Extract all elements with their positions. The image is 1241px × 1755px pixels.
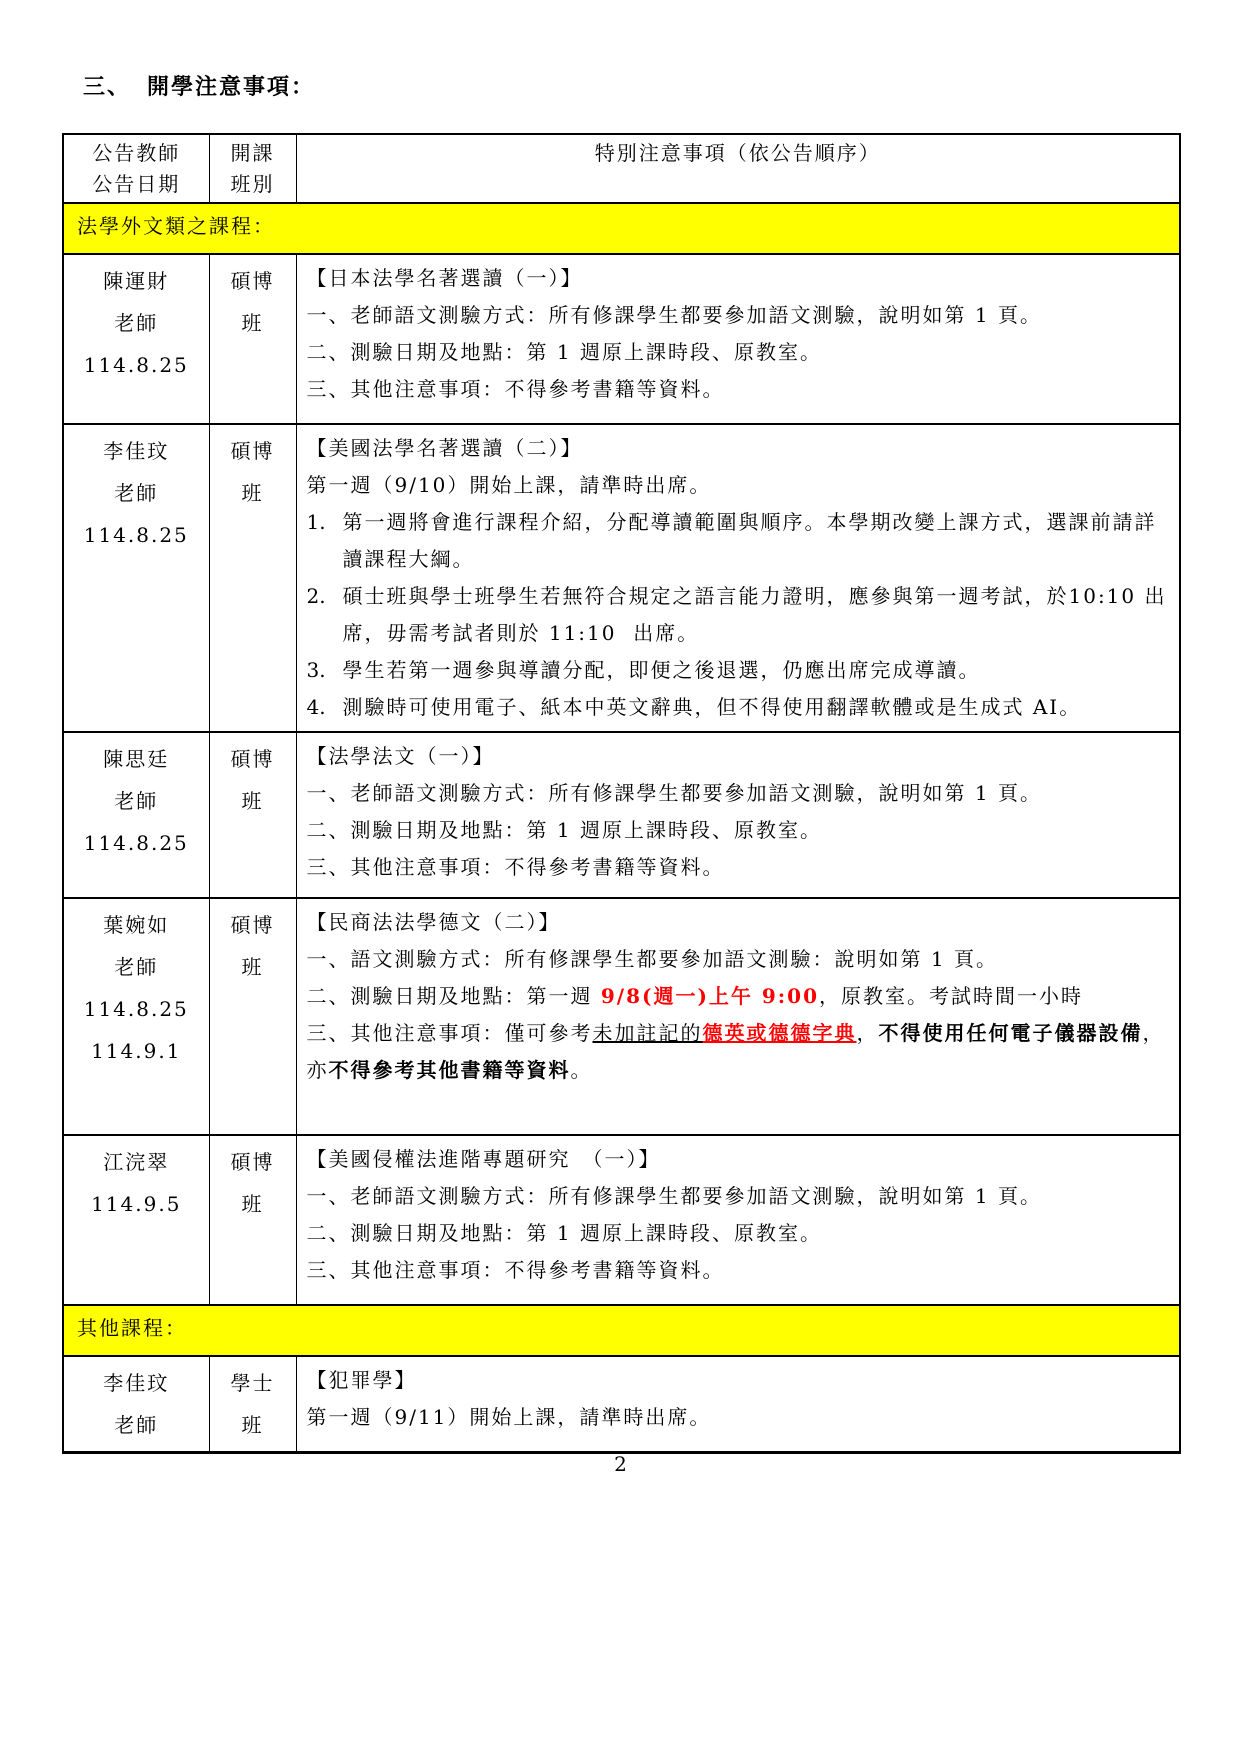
note-line-text: 學生若第一週參與導讀分配，即便之後退選，仍應出席完成導讀。 [343,652,1170,689]
teacher-cell: 李佳玟老師114.8.25 [63,424,209,732]
teacher-line: 114.8.25 [65,514,208,556]
notes-cell: 【美國法學名著選讀（二）】第一週（9/10）開始上課，請準時出席。1.第一週將會… [296,424,1180,732]
section-band: 法學外文類之課程： [63,203,1180,254]
note-line: 三、其他注意事項：不得參考書籍等資料。 [307,849,1170,886]
note-line: 一、老師語文測驗方式：所有修課學生都要參加語文測驗，說明如第 1 頁。 [307,1178,1170,1215]
note-text: 一、老師語文測驗方式：所有修課學生都要參加語文測驗，說明如第 1 頁。 [307,1184,1042,1208]
table-row: 江浣翠114.9.5碩博班【美國侵權法進階專題研究 （一）】一、老師語文測驗方式… [63,1135,1180,1305]
class-cell: 碩博班 [209,732,296,898]
class-line: 班 [211,780,295,822]
note-text: 二、測驗日期及地點：第一週 [307,984,601,1008]
note-text: 測驗時可使用電子、紙本中英文辭典，但不得使用翻譯軟體或是生成式 AI。 [343,695,1082,719]
class-line: 班 [211,302,295,344]
page-title: 三、開學注意事項： [83,70,315,101]
section-band-label: 法學外文類之課程： [77,214,275,238]
section-band: 其他課程： [63,1305,1180,1356]
section-band-label: 其他課程： [77,1316,187,1340]
header-class-line1: 開課 [211,138,295,169]
note-text: 二、測驗日期及地點：第 1 週原上課時段、原教室。 [307,1221,822,1245]
table-row: 葉婉如老師114.8.25114.9.1碩博班【民商法法學德文（二）】一、語文測… [63,898,1180,1135]
teacher-line: 114.8.25 [65,988,208,1030]
note-line: 3.學生若第一週參與導讀分配，即便之後退選，仍應出席完成導讀。 [307,652,1170,689]
note-text: 三、其他注意事項：僅可參考 [307,1021,593,1045]
header-teacher-line1: 公告教師 [65,138,208,169]
section-band-row: 法學外文類之課程： [63,203,1180,254]
notes-cell: 【日本法學名著選讀（一）】一、老師語文測驗方式：所有修課學生都要參加語文測驗，說… [296,254,1180,424]
teacher-line: 老師 [65,472,208,514]
teacher-line: 老師 [65,1404,208,1446]
class-line: 碩博 [211,430,295,472]
note-line: 三、其他注意事項：僅可參考未加註記的德英或德德字典，不得使用任何電子儀器設備，亦… [307,1015,1170,1089]
header-notes-col: 特別注意事項（依公告順序） [296,134,1180,203]
list-marker: 4. [307,689,343,726]
note-text: 三、其他注意事項：不得參考書籍等資料。 [307,1258,725,1282]
note-line: 【民商法法學德文（二）】 [307,904,1170,941]
note-line: 一、語文測驗方式：所有修課學生都要參加語文測驗：說明如第 1 頁。 [307,941,1170,978]
class-cell: 碩博班 [209,898,296,1135]
class-line: 班 [211,1183,295,1225]
table-body: 法學外文類之課程：陳運財老師114.8.25碩博班【日本法學名著選讀（一）】一、… [63,203,1180,1452]
note-line: 三、其他注意事項：不得參考書籍等資料。 [307,1252,1170,1289]
class-line: 碩博 [211,738,295,780]
note-text: 第一週（9/11）開始上課，請準時出席。 [307,1405,712,1429]
class-cell: 碩博班 [209,254,296,424]
header-class-line2: 班別 [211,169,295,200]
note-line: 【犯罪學】 [307,1362,1170,1399]
note-text: 第一週將會進行課程介紹，分配導讀範圍與順序。本學期改變上課方式，選課前請詳讀課程… [343,510,1157,571]
note-text: ，原教室。考試時間一小時 [819,984,1083,1008]
note-text: 三、其他注意事項：不得參考書籍等資料。 [307,855,725,879]
teacher-line: 陳思廷 [65,738,208,780]
title-text: 開學注意事項： [147,74,315,100]
note-text: 一、語文測驗方式：所有修課學生都要參加語文測驗：說明如第 1 頁。 [307,947,998,971]
note-text: 三、其他注意事項：不得參考書籍等資料。 [307,377,725,401]
class-line: 班 [211,946,295,988]
note-line: 1.第一週將會進行課程介紹，分配導讀範圍與順序。本學期改變上課方式，選課前請詳讀… [307,504,1170,578]
teacher-line: 李佳玟 [65,430,208,472]
note-text: 學生若第一週參與導讀分配，即便之後退選，仍應出席完成導讀。 [343,658,981,682]
note-line-text: 測驗時可使用電子、紙本中英文辭典，但不得使用翻譯軟體或是生成式 AI。 [343,689,1170,726]
note-line: 【法學法文（一）】 [307,738,1170,775]
teacher-line: 114.8.25 [65,344,208,386]
class-cell: 學士班 [209,1356,296,1452]
note-line-text: 碩士班與學士班學生若無符合規定之語言能力證明，應參與第一週考試，於10:10 出… [343,578,1170,652]
table-row: 陳思廷老師114.8.25碩博班【法學法文（一）】一、老師語文測驗方式：所有修課… [63,732,1180,898]
teacher-line: 老師 [65,302,208,344]
teacher-cell: 葉婉如老師114.8.25114.9.1 [63,898,209,1135]
teacher-cell: 陳運財老師114.8.25 [63,254,209,424]
note-text: 一、老師語文測驗方式：所有修課學生都要參加語文測驗，說明如第 1 頁。 [307,303,1042,327]
list-marker: 3. [307,652,343,689]
notes-cell: 【美國侵權法進階專題研究 （一）】一、老師語文測驗方式：所有修課學生都要參加語文… [296,1135,1180,1305]
class-line: 班 [211,472,295,514]
teacher-cell: 陳思廷老師114.8.25 [63,732,209,898]
notices-table: 公告教師 公告日期 開課 班別 特別注意事項（依公告順序） 法學外文類之課程：陳… [62,133,1181,1454]
note-line: 第一週（9/10）開始上課，請準時出席。 [307,467,1170,504]
note-text: 碩士班與學士班學生若無符合規定之語言能力證明，應參與第一週考試，於10:10 出… [343,584,1167,645]
class-cell: 碩博班 [209,1135,296,1305]
header-class-col: 開課 班別 [209,134,296,203]
note-line: 【日本法學名著選讀（一）】 [307,260,1170,297]
note-line: 一、老師語文測驗方式：所有修課學生都要參加語文測驗，說明如第 1 頁。 [307,775,1170,812]
teacher-line: 114.8.25 [65,822,208,864]
class-line: 班 [211,1404,295,1446]
class-line: 碩博 [211,1141,295,1183]
note-text: 【美國法學名著選讀（二）】 [307,436,583,460]
table-header-row: 公告教師 公告日期 開課 班別 特別注意事項（依公告順序） [63,134,1180,203]
note-text: 不得參考其他書籍等資料 [329,1058,571,1082]
note-line-text: 第一週將會進行課程介紹，分配導讀範圍與順序。本學期改變上課方式，選課前請詳讀課程… [343,504,1170,578]
table-row: 李佳玟老師114.8.25碩博班【美國法學名著選讀（二）】第一週（9/10）開始… [63,424,1180,732]
note-text: 【法學法文（一）】 [307,744,495,768]
note-line: 二、測驗日期及地點：第 1 週原上課時段、原教室。 [307,1215,1170,1252]
note-line: 【美國侵權法進階專題研究 （一）】 [307,1141,1170,1178]
note-line: 一、老師語文測驗方式：所有修課學生都要參加語文測驗，說明如第 1 頁。 [307,297,1170,334]
note-line: 二、測驗日期及地點：第 1 週原上課時段、原教室。 [307,812,1170,849]
list-marker: 1. [307,504,343,578]
class-cell: 碩博班 [209,424,296,732]
note-line: 二、測驗日期及地點：第 1 週原上課時段、原教室。 [307,334,1170,371]
header-teacher-line2: 公告日期 [65,169,208,200]
teacher-line: 114.9.5 [65,1183,208,1225]
header-notes-label: 特別注意事項（依公告順序） [298,138,1179,169]
list-marker: 2. [307,578,343,652]
note-text: 第一週（9/10）開始上課，請準時出席。 [307,473,712,497]
notes-cell: 【犯罪學】第一週（9/11）開始上課，請準時出席。 [296,1356,1180,1452]
note-text: 二、測驗日期及地點：第 1 週原上課時段、原教室。 [307,818,822,842]
section-band-row: 其他課程： [63,1305,1180,1356]
note-text: 一、老師語文測驗方式：所有修課學生都要參加語文測驗，說明如第 1 頁。 [307,781,1042,805]
alert-text: 德英或德德字典 [703,1021,857,1045]
note-text: 【犯罪學】 [307,1368,417,1392]
table-row: 陳運財老師114.8.25碩博班【日本法學名著選讀（一）】一、老師語文測驗方式：… [63,254,1180,424]
note-text: 二、測驗日期及地點：第 1 週原上課時段、原教室。 [307,340,822,364]
class-line: 碩博 [211,260,295,302]
teacher-line: 李佳玟 [65,1362,208,1404]
note-line: 【美國法學名著選讀（二）】 [307,430,1170,467]
page-number: 2 [0,1452,1241,1476]
note-text: ， [857,1021,879,1045]
class-line: 碩博 [211,904,295,946]
class-line: 學士 [211,1362,295,1404]
teacher-cell: 江浣翠114.9.5 [63,1135,209,1305]
header-teacher-col: 公告教師 公告日期 [63,134,209,203]
teacher-line: 陳運財 [65,260,208,302]
teacher-line: 老師 [65,780,208,822]
alert-text: 9/8(週一)上午 9:00 [601,984,819,1008]
notes-cell: 【民商法法學德文（二）】一、語文測驗方式：所有修課學生都要參加語文測驗：說明如第… [296,898,1180,1135]
teacher-line: 老師 [65,946,208,988]
note-text: 【日本法學名著選讀（一）】 [307,266,583,290]
teacher-line: 江浣翠 [65,1141,208,1183]
note-text: 不得使用任何電子儀器設備 [879,1021,1143,1045]
note-line: 二、測驗日期及地點：第一週 9/8(週一)上午 9:00，原教室。考試時間一小時 [307,978,1170,1015]
table-row: 李佳玟老師學士班【犯罪學】第一週（9/11）開始上課，請準時出席。 [63,1356,1180,1452]
teacher-line: 葉婉如 [65,904,208,946]
note-text: 未加註記的 [593,1021,703,1045]
document-page: 三、開學注意事項： 公告教師 公告日期 開課 班別 特別注意事項（依公告順序） … [0,0,1241,1755]
note-text: 【美國侵權法進階專題研究 （一）】 [307,1147,661,1171]
title-number: 三、 [83,74,131,100]
teacher-line: 114.9.1 [65,1030,208,1072]
note-line: 2.碩士班與學士班學生若無符合規定之語言能力證明，應參與第一週考試，於10:10… [307,578,1170,652]
note-line: 第一週（9/11）開始上課，請準時出席。 [307,1399,1170,1436]
note-text: 【民商法法學德文（二）】 [307,910,561,934]
note-line: 4.測驗時可使用電子、紙本中英文辭典，但不得使用翻譯軟體或是生成式 AI。 [307,689,1170,726]
notes-cell: 【法學法文（一）】一、老師語文測驗方式：所有修課學生都要參加語文測驗，說明如第 … [296,732,1180,898]
teacher-cell: 李佳玟老師 [63,1356,209,1452]
note-line: 三、其他注意事項：不得參考書籍等資料。 [307,371,1170,408]
note-text: 。 [571,1058,593,1082]
